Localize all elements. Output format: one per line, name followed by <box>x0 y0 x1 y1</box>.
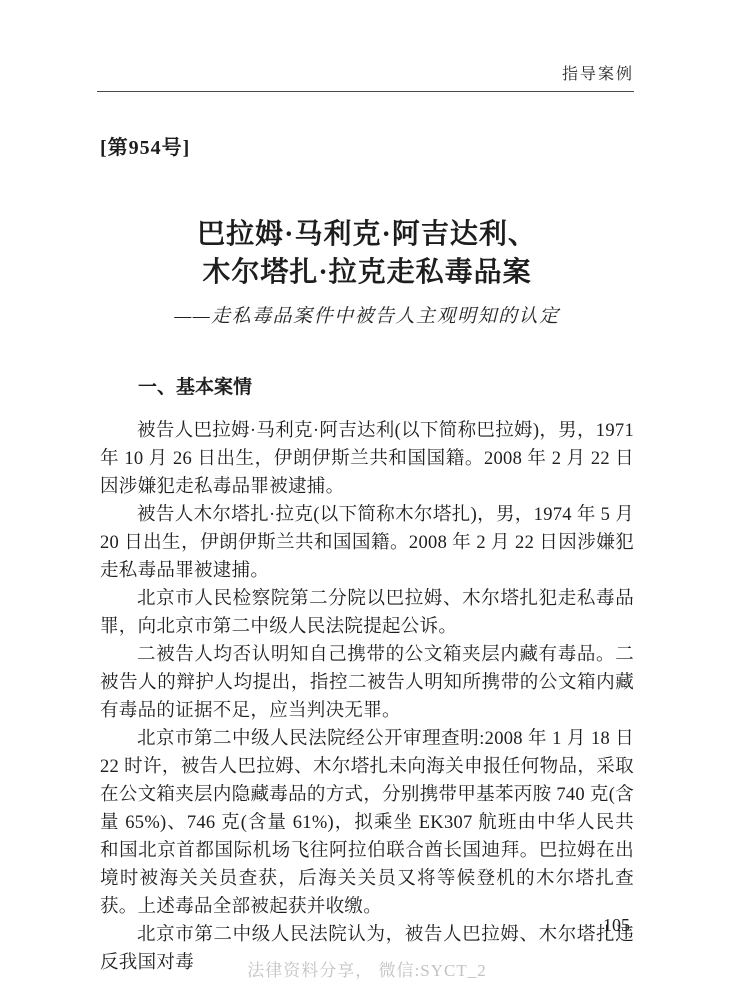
case-number: [第954号] <box>100 136 634 160</box>
body-text: 被告人巴拉姆·马利克·阿吉达利(以下简称巴拉姆)，男，1971 年 10 月 2… <box>100 417 634 977</box>
book-page: 指导案例 [第954号] 巴拉姆·马利克·阿吉达利、 木尔塔扎·拉克走私毒品案 … <box>0 0 734 999</box>
body-paragraph: 二被告人均否认明知自己携带的公文箱夹层内藏有毒品。二被告人的辩护人均提出，指控二… <box>100 641 634 725</box>
case-title-line-2: 木尔塔扎·拉克走私毒品案 <box>100 254 634 292</box>
page-number: 105 <box>603 914 630 936</box>
case-subtitle: ——走私毒品案件中被告人主观明知的认定 <box>100 305 634 329</box>
body-paragraph: 被告人木尔塔扎·拉克(以下简称木尔塔扎)，男，1974 年 5 月 20 日出生… <box>100 501 634 585</box>
header-rule <box>97 91 634 92</box>
body-paragraph: 北京市人民检察院第二分院以巴拉姆、木尔塔扎犯走私毒品罪，向北京市第二中级人民法院… <box>100 585 634 641</box>
running-head-label: 指导案例 <box>100 0 634 86</box>
case-title: 巴拉姆·马利克·阿吉达利、 木尔塔扎·拉克走私毒品案 <box>100 216 634 292</box>
watermark: 法律资料分享， 微信:SYCT_2 <box>0 956 734 981</box>
case-title-line-1: 巴拉姆·马利克·阿吉达利、 <box>100 216 634 254</box>
body-paragraph: 北京市第二中级人民法院经公开审理查明:2008 年 1 月 18 日 22 时许… <box>100 725 634 921</box>
body-paragraph: 被告人巴拉姆·马利克·阿吉达利(以下简称巴拉姆)，男，1971 年 10 月 2… <box>100 417 634 501</box>
page-content: 指导案例 [第954号] 巴拉姆·马利克·阿吉达利、 木尔塔扎·拉克走私毒品案 … <box>100 0 634 977</box>
section-heading-basic-facts: 一、基本案情 <box>100 375 634 401</box>
